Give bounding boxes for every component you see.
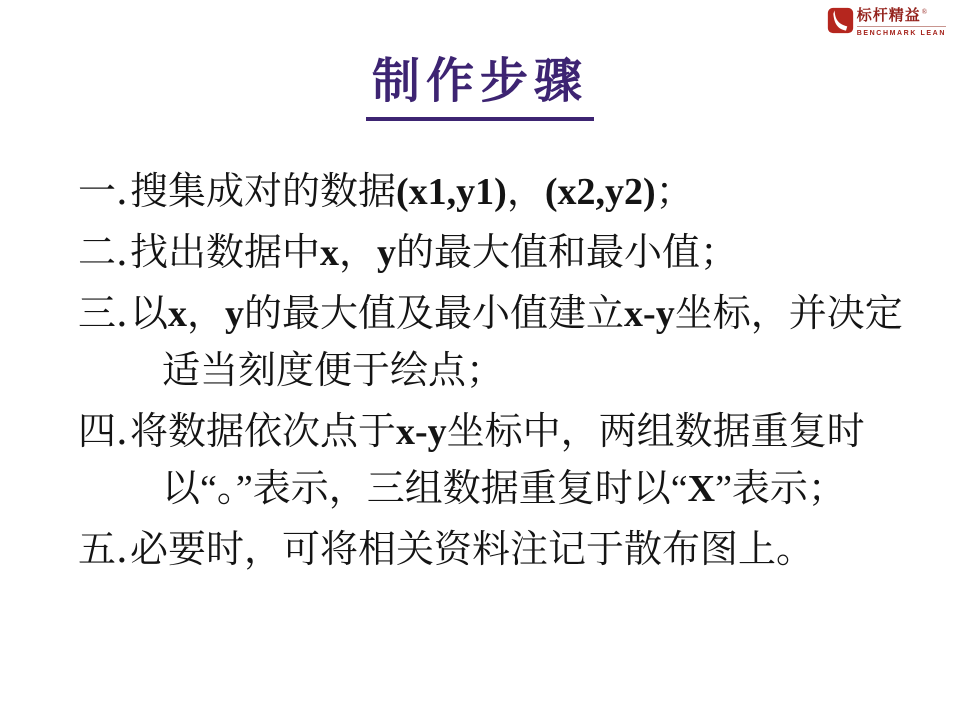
brand-text-block: 标杆精益 ® BENCHMARK LEAN bbox=[857, 7, 946, 37]
list-line: 必要时，可将相关资料注记于散布图上。 bbox=[130, 522, 940, 579]
title-area: 制作步骤 bbox=[0, 0, 960, 121]
list-item: 一． 搜集成对的数据(x1,y1)，(x2,y2)； bbox=[78, 164, 940, 221]
list-line: 以“。”表示，三组数据重复时以“X”表示； bbox=[130, 461, 940, 518]
list-line: 找出数据中x，y的最大值和最小值； bbox=[130, 225, 940, 282]
list-line: 适当刻度便于绘点； bbox=[130, 343, 940, 400]
page-title: 制作步骤 bbox=[366, 42, 594, 121]
benchmark-lean-logo-icon bbox=[827, 7, 854, 34]
list-item: 四． 将数据依次点于x-y坐标中，两组数据重复时 以“。”表示，三组数据重复时以… bbox=[78, 404, 940, 518]
list-item-number: 五． bbox=[78, 522, 130, 579]
list-item-number: 四． bbox=[78, 404, 130, 518]
list-item-number: 一． bbox=[78, 164, 130, 221]
list-line: 将数据依次点于x-y坐标中，两组数据重复时 bbox=[130, 404, 940, 461]
list-item-text: 将数据依次点于x-y坐标中，两组数据重复时 以“。”表示，三组数据重复时以“X”… bbox=[130, 404, 940, 518]
list-item-text: 以x，y的最大值及最小值建立x-y坐标，并决定 适当刻度便于绘点； bbox=[130, 286, 940, 400]
brand-name-en: BENCHMARK LEAN bbox=[857, 30, 946, 37]
list-line: 搜集成对的数据(x1,y1)，(x2,y2)； bbox=[130, 164, 940, 221]
steps-list: 一． 搜集成对的数据(x1,y1)，(x2,y2)； 二． 找出数据中x，y的最… bbox=[78, 164, 940, 583]
brand-divider bbox=[857, 26, 946, 27]
list-item-text: 找出数据中x，y的最大值和最小值； bbox=[130, 225, 940, 282]
presentation-slide: 标杆精益 ® BENCHMARK LEAN 制作步骤 一． 搜集成对的数据(x1… bbox=[0, 0, 960, 720]
brand-logo: 标杆精益 ® BENCHMARK LEAN bbox=[827, 7, 946, 37]
registered-trademark-mark: ® bbox=[922, 9, 927, 16]
list-item-number: 二． bbox=[78, 225, 130, 282]
list-item: 二． 找出数据中x，y的最大值和最小值； bbox=[78, 225, 940, 282]
list-item: 五． 必要时，可将相关资料注记于散布图上。 bbox=[78, 522, 940, 579]
list-line: 以x，y的最大值及最小值建立x-y坐标，并决定 bbox=[130, 286, 940, 343]
brand-name-cn: 标杆精益 bbox=[857, 9, 921, 24]
list-item-number: 三． bbox=[78, 286, 130, 400]
list-item-text: 搜集成对的数据(x1,y1)，(x2,y2)； bbox=[130, 164, 940, 221]
list-item: 三． 以x，y的最大值及最小值建立x-y坐标，并决定 适当刻度便于绘点； bbox=[78, 286, 940, 400]
list-item-text: 必要时，可将相关资料注记于散布图上。 bbox=[130, 522, 940, 579]
